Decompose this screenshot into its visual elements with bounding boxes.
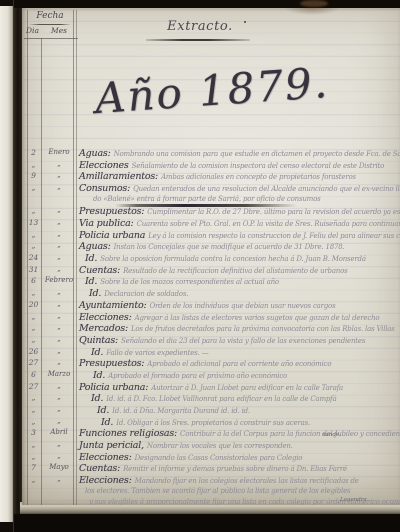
month-cell: „ xyxy=(43,160,75,168)
entry-text: Elecciones:Agregar á las listas de elect… xyxy=(79,312,400,323)
entry-text: Aguas:Instan los Concejales que se modif… xyxy=(79,241,400,252)
ledger-row: „„Aguas:Instan los Concejales que se mod… xyxy=(22,241,400,253)
day-cell: 3 xyxy=(25,428,42,437)
month-cell: „ xyxy=(43,393,75,401)
day-cell: „ xyxy=(25,160,42,169)
month-cell: „ xyxy=(43,452,75,460)
ledger-row: 20„Ayuntamiento:Orden de los individuos … xyxy=(22,300,400,312)
entry-keyword: Id. xyxy=(85,276,97,287)
fecha-underline xyxy=(29,24,71,25)
extracto-underline xyxy=(146,39,250,41)
entry-keyword: Id. xyxy=(101,417,113,428)
entry-text: Id.Declaracion de soldados. xyxy=(79,288,400,299)
day-cell: 26 xyxy=(25,347,42,356)
entry-keyword: Elecciones: xyxy=(79,452,132,463)
ledger-row: „„Mercados:Los de frutos decretados para… xyxy=(22,323,400,335)
entry-text: Presupuestos:Aprobado el adicional para … xyxy=(79,358,400,369)
tape-smudge xyxy=(300,0,328,7)
month-cell: „ xyxy=(43,230,75,238)
entry-keyword: Quintas: xyxy=(79,335,118,346)
ledger-row: 13„Via publica:Cuarenta sobre el Pto. Gr… xyxy=(22,218,400,230)
ledger-row: „„Elecciones:Agregar á las listas de ele… xyxy=(22,312,400,324)
marginal-note: nande. xyxy=(322,432,341,438)
entry-text: Cuentas:Remitir el informe y demas prueb… xyxy=(79,463,400,474)
photo-bottom-band xyxy=(14,514,400,532)
entry-keyword: Funciones religiosas: xyxy=(79,428,177,439)
day-cell: 27 xyxy=(25,382,42,391)
month-cell: „ xyxy=(43,183,75,191)
day-cell: 27 xyxy=(25,358,42,367)
entry-keyword: Id. xyxy=(91,393,103,404)
month-cell: „ xyxy=(43,323,75,331)
entry-text: Ayuntamiento:Orden de los individuos que… xyxy=(79,300,400,311)
month-cell: „ xyxy=(43,206,75,214)
month-cell: „ xyxy=(43,358,75,366)
day-cell: „ xyxy=(25,183,42,192)
entry-text: do «Balené» entra á formar parte de Sarr… xyxy=(79,195,400,203)
entry-text: EleccionesSeñalamiento de la comision in… xyxy=(79,160,400,171)
ledger-row: 3AbrilFunciones religiosas:Contribuir á … xyxy=(22,428,400,440)
ledger-row: 9„Amillaramientos:Ambas adicionales en c… xyxy=(22,171,400,183)
ledger-row: „„EleccionesSeñalamiento de la comision … xyxy=(22,160,400,172)
entry-text: Via publica:Cuarenta sobre el Pto. Gral.… xyxy=(79,218,400,229)
ledger-row: „„Id.Id. id. á D. Fco. Llobet Vallhonrat… xyxy=(22,393,400,405)
entry-keyword: Cuentas: xyxy=(79,265,120,276)
day-cell: „ xyxy=(25,393,42,402)
entry-keyword: Elecciones: xyxy=(79,475,132,486)
day-cell: „ xyxy=(25,288,42,297)
ink-dot xyxy=(244,21,246,23)
entry-keyword: Via publica: xyxy=(79,218,134,229)
entry-keyword: Id. xyxy=(93,370,105,381)
entry-text: Id.Id. id. á D. Fco. Llobet Vallhonrat p… xyxy=(79,393,400,404)
month-cell: „ xyxy=(43,171,75,179)
month-cell: „ xyxy=(43,405,75,413)
day-cell: „ xyxy=(25,417,42,426)
ledger-row: „„Id.Id. id. á Dña. Margarita Durand id.… xyxy=(22,405,400,417)
ledger-row: 6MarzoId.Aprobado el formado para el pró… xyxy=(22,370,400,382)
ledger-row: „„Presupuestos:Cumplimentar la R.O. de 2… xyxy=(22,206,400,218)
entries-table: 2EneroAguas:Nombrando una comision para … xyxy=(22,148,400,505)
entry-text: Junta pericial,Nombrar los vocales que l… xyxy=(79,440,400,451)
marginal-note: Lagendra xyxy=(340,497,367,503)
mes-header: Mes xyxy=(43,26,75,35)
entry-keyword: Elecciones: xyxy=(79,312,132,323)
entry-keyword: Presupuestos: xyxy=(79,206,144,217)
ledger-row: „„Elecciones:Mandando fijar en los coleg… xyxy=(22,475,400,487)
day-cell: 2 xyxy=(25,148,42,157)
day-cell: 9 xyxy=(25,171,42,180)
month-cell: „ xyxy=(43,265,75,273)
ledger-row: „„Junta pericial,Nombrar los vocales que… xyxy=(22,440,400,452)
month-cell: „ xyxy=(43,475,75,483)
entry-text: Id.Id. id. á Dña. Margarita Durand id. i… xyxy=(79,405,400,416)
entry-text: Id.Fallo de varios expedientes. — xyxy=(79,347,400,358)
day-cell: „ xyxy=(25,405,42,414)
adjacent-page-edge xyxy=(0,6,14,522)
day-cell: 20 xyxy=(25,300,42,309)
month-cell: Febrero xyxy=(43,276,75,284)
day-cell: „ xyxy=(25,323,42,332)
entry-keyword: Ayuntamiento: xyxy=(79,300,147,311)
entry-text: Elecciones:Designando las Casas Consisto… xyxy=(79,452,400,463)
day-cell: 13 xyxy=(25,218,42,227)
day-cell: „ xyxy=(25,440,42,449)
ledger-row: 26„Id.Fallo de varios expedientes. — xyxy=(22,347,400,359)
entry-text: Id.Sobre la de los mozos correspondiente… xyxy=(79,276,400,287)
entry-text: Id.Sobre la oposicion formulada contra l… xyxy=(79,253,400,264)
month-cell: „ xyxy=(43,300,75,308)
ledger-row: „„Id.Id. Obligar á los Sres. propietario… xyxy=(22,417,400,429)
ledger-row: 2EneroAguas:Nombrando una comision para … xyxy=(22,148,400,160)
day-cell: „ xyxy=(25,335,42,344)
ledger-row: „„Consumos:Quedan enterados de una resol… xyxy=(22,183,400,195)
month-cell: „ xyxy=(43,382,75,390)
ledger-row: 27„Policia urbana:Autorizar á D. Juan Ll… xyxy=(22,382,400,394)
entry-keyword: Elecciones xyxy=(79,160,129,171)
entry-text: Presupuestos:Cumplimentar la R.O. de 27 … xyxy=(79,206,400,217)
header-rule xyxy=(24,38,78,39)
day-cell: 6 xyxy=(25,276,42,285)
entry-keyword: Id. xyxy=(91,347,103,358)
extracto-title: Extracto. xyxy=(140,19,260,34)
entry-text: Consumos:Quedan enterados de una resoluc… xyxy=(79,183,400,194)
entry-text: Aguas:Nombrando una comision para que es… xyxy=(79,148,400,159)
day-cell: 6 xyxy=(25,370,42,379)
day-cell: „ xyxy=(25,475,42,484)
entry-text: Cuentas:Resultado de la rectificacion de… xyxy=(79,265,400,276)
ledger-row: 31„Cuentas:Resultado de la rectificacion… xyxy=(22,265,400,277)
ledger-row: „„Quintas:Señalando el dia 23 del para l… xyxy=(22,335,400,347)
month-cell: „ xyxy=(43,347,75,355)
ledger-photo: Fecha Dia Mes Extracto. Año 1879. 2Enero… xyxy=(0,0,400,532)
month-cell: Abril xyxy=(43,428,75,436)
month-cell: „ xyxy=(43,288,75,296)
fecha-header: Fecha xyxy=(25,11,75,21)
entry-keyword: Id. xyxy=(97,405,109,416)
ledger-row: do «Balené» entra á formar parte de Sarr… xyxy=(22,195,400,207)
entry-keyword: Consumos: xyxy=(79,183,130,194)
entry-keyword: Policia urbana xyxy=(79,230,145,241)
entry-keyword: Mercados: xyxy=(79,323,128,334)
entry-text: Id.Aprobado el formado para el próximo a… xyxy=(79,370,400,381)
day-cell: „ xyxy=(25,452,42,461)
entry-keyword: Id. xyxy=(89,288,101,299)
entry-keyword: Junta pericial, xyxy=(79,440,144,451)
month-cell: Enero xyxy=(43,148,75,156)
month-cell: „ xyxy=(43,218,75,226)
entry-text: los electores. Tambien se acordó fijar a… xyxy=(79,487,400,495)
month-cell: „ xyxy=(43,241,75,249)
ledger-row: 27„Presupuestos:Aprobado el adicional pa… xyxy=(22,358,400,370)
photo-top-band xyxy=(14,0,400,8)
entry-text: Id.Id. Obligar á los Sres. propietarios … xyxy=(79,417,400,428)
entry-keyword: Aguas: xyxy=(79,241,111,252)
entry-text: Amillaramientos:Ambas adicionales en con… xyxy=(79,171,400,182)
month-cell: Mayo xyxy=(43,463,75,471)
entry-keyword: Aguas: xyxy=(79,148,111,159)
entry-text: Funciones religiosas:Contribuir á la del… xyxy=(79,428,400,439)
month-cell: „ xyxy=(43,440,75,448)
entry-text: Policia urbana:Autorizar á D. Juan Llobe… xyxy=(79,382,400,393)
day-cell: 24 xyxy=(25,253,42,262)
ledger-page: Fecha Dia Mes Extracto. Año 1879. 2Enero… xyxy=(22,8,400,505)
entry-keyword: Policia urbana: xyxy=(79,382,148,393)
entry-keyword: Cuentas: xyxy=(79,463,120,474)
month-cell: „ xyxy=(43,335,75,343)
ledger-row: 24„Id.Sobre la oposicion formulada contr… xyxy=(22,253,400,265)
year-title: Año 1879. xyxy=(61,56,364,126)
month-cell: „ xyxy=(43,253,75,261)
entry-text: Mercados:Los de frutos decretados para l… xyxy=(79,323,400,334)
day-cell: „ xyxy=(25,312,42,321)
month-cell: Marzo xyxy=(43,370,75,378)
month-cell: „ xyxy=(43,417,75,425)
ledger-row: „„Elecciones:Designando las Casas Consis… xyxy=(22,452,400,464)
ledger-row: 6FebreroId.Sobre la de los mozos corresp… xyxy=(22,276,400,288)
dia-header: Dia xyxy=(23,26,42,35)
day-cell: „ xyxy=(25,206,42,215)
day-cell: „ xyxy=(25,230,42,239)
entry-keyword: Id. xyxy=(85,253,97,264)
ledger-row: „„Policia urbanaLey á la comision respec… xyxy=(22,230,400,242)
month-cell: „ xyxy=(43,312,75,320)
day-cell: „ xyxy=(25,241,42,250)
ledger-row: 7MayoCuentas:Remitir el informe y demas … xyxy=(22,463,400,475)
entry-text: Quintas:Señalando el dia 23 del para la … xyxy=(79,335,400,346)
day-cell: 7 xyxy=(25,463,42,472)
entry-text: Policia urbanaLey á la comision respecto… xyxy=(79,230,400,241)
entry-text: Elecciones:Mandando fijar en los colegio… xyxy=(79,475,400,486)
ledger-row: „„Id.Declaracion de soldados. xyxy=(22,288,400,300)
entry-keyword: Presupuestos: xyxy=(79,358,144,369)
entry-keyword: Amillaramientos: xyxy=(79,171,158,182)
day-cell: 31 xyxy=(25,265,42,274)
